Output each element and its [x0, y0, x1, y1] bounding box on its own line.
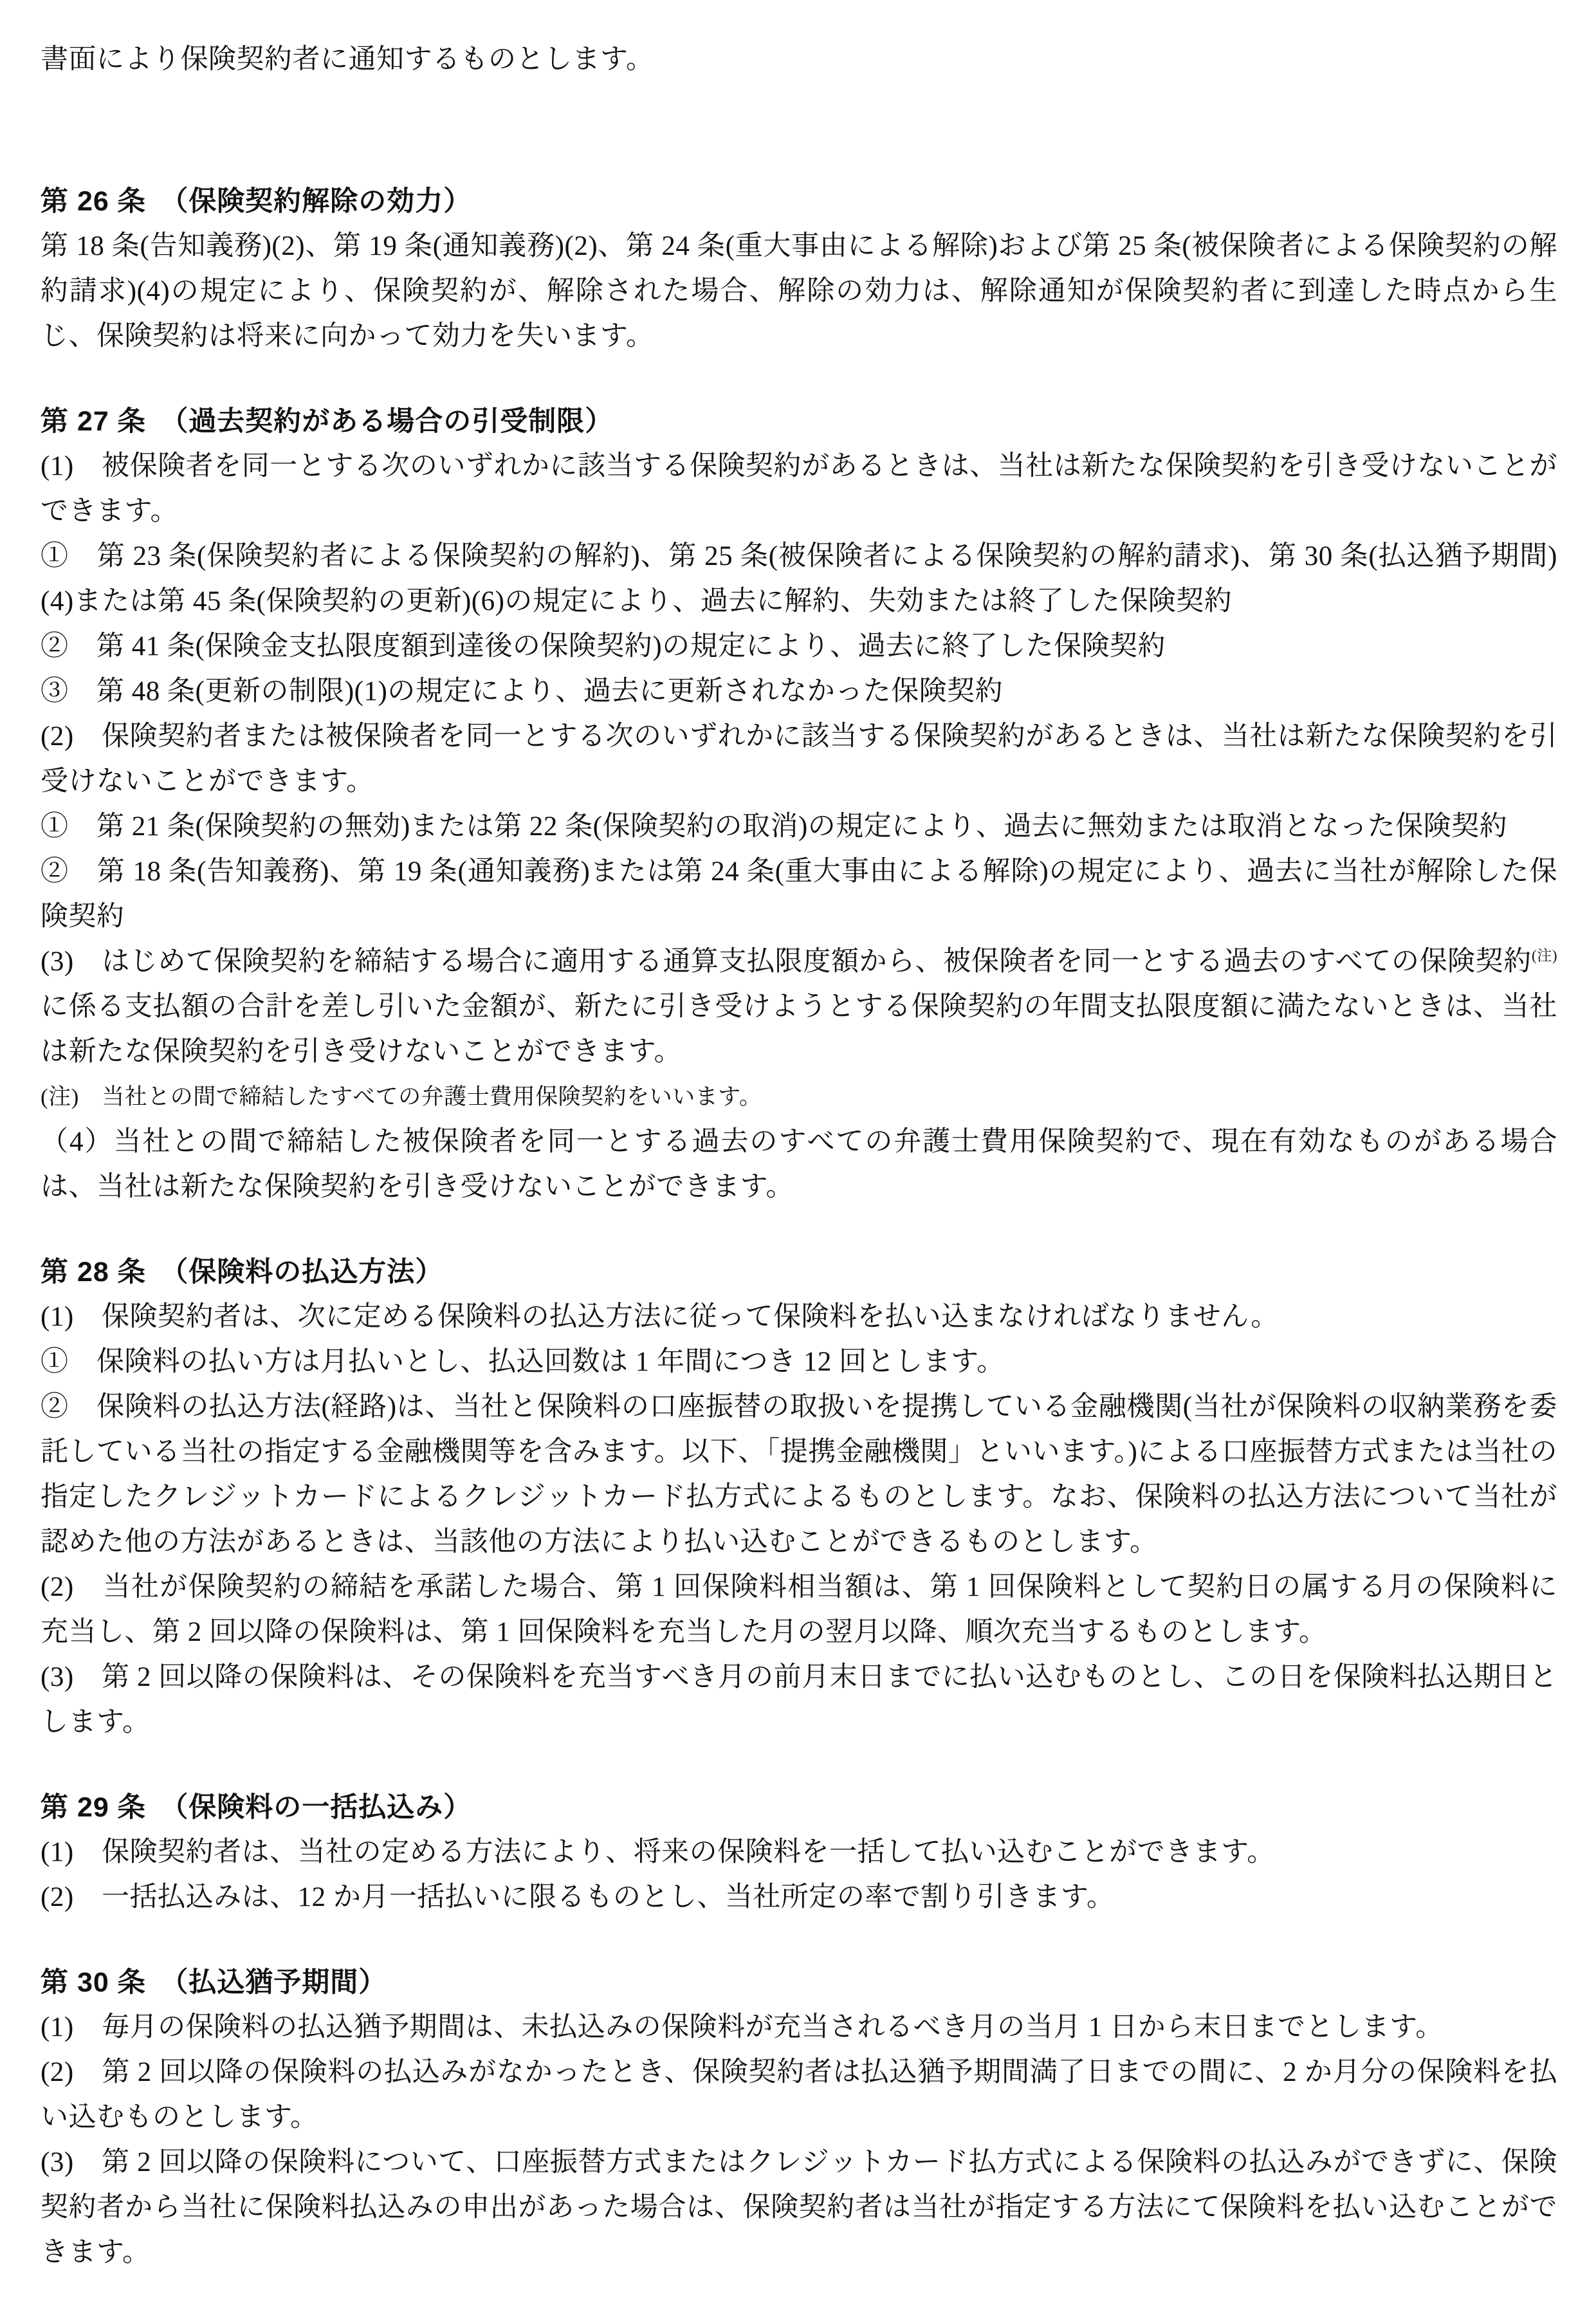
article-27-item-3: (3) はじめて保険契約を締結する場合に適用する通算支払限度額から、被保険者を同…	[41, 939, 1557, 1075]
article-27-item-3-text: (3) はじめて保険契約を締結する場合に適用する通算支払限度額から、被保険者を同…	[41, 947, 1532, 977]
article-28-item-2: (2) 当社が保険契約の締結を承諾した場合、第 1 回保険料相当額は、第 1 回…	[41, 1565, 1557, 1655]
article-26-paragraph: 第 18 条(告知義務)(2)、第 19 条(通知義務)(2)、第 24 条(重…	[41, 224, 1557, 359]
article-28-item-1-sub-1: ① 保険料の払い方は月払いとし、払込回数は 1 年間につき 12 回とします。	[41, 1340, 1557, 1385]
article-30-item-3: (3) 第 2 回以降の保険料について、口座振替方式またはクレジットカード払方式…	[41, 2140, 1557, 2275]
article-27: 第 27 条 （過去契約がある場合の引受制限） (1) 被保険者を同一とする次の…	[41, 399, 1557, 1210]
article-28: 第 28 条 （保険料の払込方法） (1) 保険契約者は、次に定める保険料の払込…	[41, 1250, 1557, 1745]
article-30-item-2: (2) 第 2 回以降の保険料の払込みがなかったとき、保険契約者は払込猶予期間満…	[41, 2050, 1557, 2140]
document-page: 書面により保険契約者に通知するものとします。 第 26 条 （保険契約解除の効力…	[0, 0, 1596, 2301]
article-27-item-2-sub-2: ② 第 18 条(告知義務)、第 19 条(通知義務)または第 24 条(重大事…	[41, 849, 1557, 939]
article-30-heading: 第 30 条 （払込猶予期間）	[41, 1960, 1557, 2005]
article-27-item-2: (2) 保険契約者または被保険者を同一とする次のいずれかに該当する保険契約がある…	[41, 714, 1557, 804]
article-27-footnote: (注) 当社との間で締結したすべての弁護士費用保険契約をいいます。	[41, 1075, 1557, 1120]
article-28-item-1: (1) 保険契約者は、次に定める保険料の払込方法に従って保険料を払い込まなければ…	[41, 1295, 1557, 1340]
article-26-heading: 第 26 条 （保険契約解除の効力）	[41, 179, 1557, 224]
article-28-heading: 第 28 条 （保険料の払込方法）	[41, 1250, 1557, 1295]
article-28-item-1-sub-2: ② 保険料の払込方法(経路)は、当社と保険料の口座振替の取扱いを提携している金融…	[41, 1385, 1557, 1565]
article-26: 第 26 条 （保険契約解除の効力） 第 18 条(告知義務)(2)、第 19 …	[41, 179, 1557, 359]
article-29-item-1: (1) 保険契約者は、当社の定める方法により、将来の保険料を一括して払い込むこと…	[41, 1830, 1557, 1875]
article-27-item-1: (1) 被保険者を同一とする次のいずれかに該当する保険契約があるときは、当社は新…	[41, 444, 1557, 534]
article-29: 第 29 条 （保険料の一括払込み） (1) 保険契約者は、当社の定める方法によ…	[41, 1785, 1557, 1920]
article-29-heading: 第 29 条 （保険料の一括払込み）	[41, 1785, 1557, 1830]
article-27-item-4: （4）当社との間で締結した被保険者を同一とする過去のすべての弁護士費用保険契約で…	[41, 1120, 1557, 1210]
article-30-item-1: (1) 毎月の保険料の払込猶予期間は、未払込みの保険料が充当されるべき月の当月 …	[41, 2005, 1557, 2050]
article-27-item-2-sub-1: ① 第 21 条(保険契約の無効)または第 22 条(保険契約の取消)の規定によ…	[41, 804, 1557, 849]
article-27-item-1-sub-3: ③ 第 48 条(更新の制限)(1)の規定により、過去に更新されなかった保険契約	[41, 669, 1557, 714]
article-27-item-3-text-continued: に係る支払額の合計を差し引いた金額が、新たに引き受けようとする保険契約の年間支払…	[41, 992, 1557, 1067]
article-28-item-3: (3) 第 2 回以降の保険料は、その保険料を充当すべき月の前月末日までに払い込…	[41, 1655, 1557, 1745]
article-30: 第 30 条 （払込猶予期間） (1) 毎月の保険料の払込猶予期間は、未払込みの…	[41, 1960, 1557, 2275]
intro-paragraph: 書面により保険契約者に通知するものとします。	[41, 37, 1557, 82]
article-27-heading: 第 27 条 （過去契約がある場合の引受制限）	[41, 399, 1557, 444]
article-27-item-1-sub-1: ① 第 23 条(保険契約者による保険契約の解約)、第 25 条(被保険者による…	[41, 534, 1557, 624]
note-superscript: (注)	[1532, 948, 1557, 964]
article-29-item-2: (2) 一括払込みは、12 か月一括払いに限るものとし、当社所定の率で割り引きま…	[41, 1875, 1557, 1920]
article-27-item-1-sub-2: ② 第 41 条(保険金支払限度額到達後の保険契約)の規定により、過去に終了した…	[41, 624, 1557, 669]
